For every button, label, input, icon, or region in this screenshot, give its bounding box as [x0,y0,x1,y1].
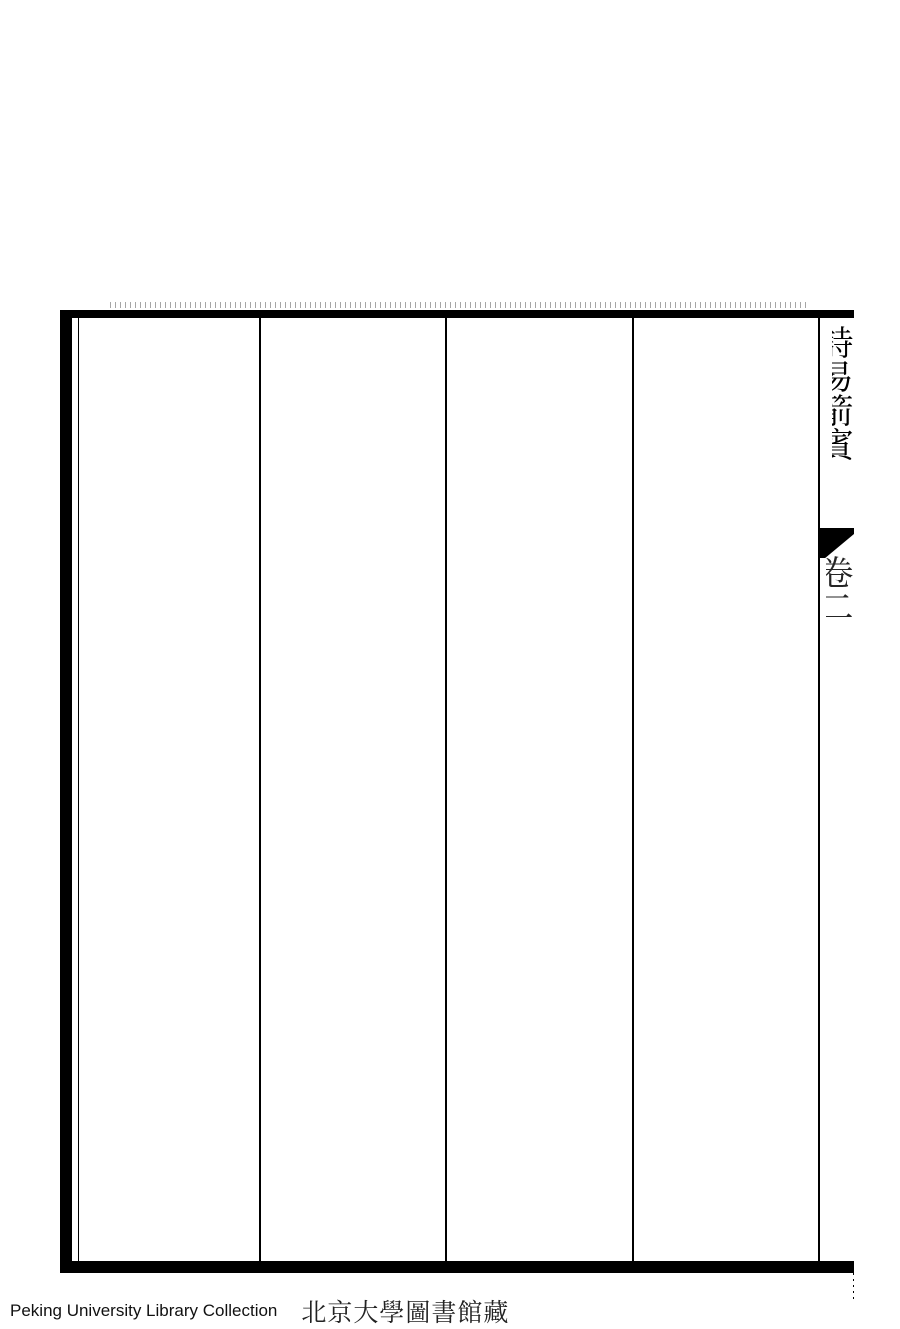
column-rule [818,316,820,1261]
volume-marker: 卷二 [826,555,856,795]
caption-chinese: 北京大學圖書館藏 [301,1293,509,1329]
collection-caption: Peking University Library Collection 北京大… [10,1296,509,1326]
frame-left-border [60,310,72,1273]
column-rule [632,316,634,1261]
scanned-page: 詩易箭賓 卷二 Peking University Library Collec… [0,0,900,1329]
top-border-noise [110,302,810,308]
caption-english: Peking University Library Collection [10,1301,277,1321]
book-title: 詩易箭賓 [832,325,856,515]
column-rule [78,316,79,1261]
column-rule [259,316,261,1261]
frame-bottom-border [60,1261,854,1273]
column-rule [445,316,447,1261]
fish-tail-marker [818,528,854,558]
page-edge [853,1261,854,1301]
frame-top-border [60,310,854,318]
